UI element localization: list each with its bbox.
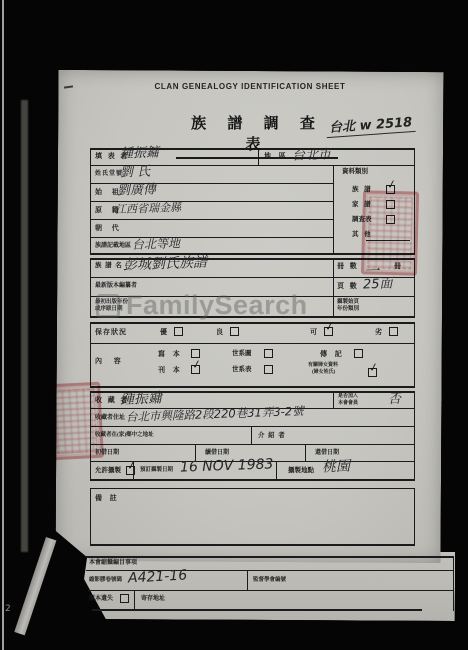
content-label: 內 容 — [95, 358, 126, 365]
condition-fair-label: 可 — [310, 329, 317, 336]
volumes-label: 冊 數 — [337, 263, 359, 270]
startpage-label-2: 年份類別 — [337, 307, 359, 313]
owner-value: 鍾振鏞 — [120, 391, 162, 406]
watermark-logo-icon — [96, 294, 120, 318]
lineage-table-checkbox — [264, 365, 273, 374]
filming-section-header: 本會縮攝編目事項 — [89, 560, 137, 566]
condition-fair-checkmark: ✓ — [324, 320, 334, 333]
grid-line — [90, 258, 91, 318]
filming-place-value: 桃園 — [322, 460, 350, 475]
grid-line — [92, 609, 422, 611]
red-seal-stamp-right — [361, 190, 419, 275]
lineage-chart-label: 世系圖 — [232, 351, 252, 358]
red-seal-stamp-pattern — [367, 196, 413, 269]
women-data-label-2: (婦女姓氏) — [312, 370, 335, 375]
women-data-label-1: 有關婦女資料 — [308, 363, 338, 368]
women-data-checkmark: ✓ — [368, 361, 378, 374]
grid-line — [333, 258, 334, 317]
condition-label: 保存狀況 — [95, 329, 127, 336]
scanned-document-stage: CLAN GENEALOGY IDENTIFICATION SHEET 族 譜 … — [0, 0, 468, 650]
condition-poor-label: 劣 — [375, 329, 382, 336]
pages-value: 25面 — [363, 277, 393, 291]
ancestor-value: 劉廣傳 — [117, 183, 156, 197]
condition-excellent-checkbox — [174, 327, 183, 336]
society-number-label: 監督學會編號 — [253, 578, 286, 584]
grid-line — [333, 391, 334, 409]
home-address-label: 收藏者在(家)鄉中之地址 — [95, 433, 154, 439]
condition-poor-checkbox — [389, 327, 398, 336]
grid-line — [251, 426, 252, 445]
condition-good-label: 良 — [216, 329, 223, 336]
watermark-text: FamilySearch — [126, 290, 308, 321]
watermark: FamilySearch — [96, 290, 308, 321]
startpage-label-1: 攝製始頁 — [337, 300, 359, 306]
lineage-table-label: 世系表 — [232, 367, 252, 374]
member-value: 否 — [388, 393, 401, 406]
grid-line — [134, 590, 135, 610]
grid-line — [333, 165, 334, 254]
grid-line — [90, 488, 91, 545]
member-label-2: 本會會員 — [338, 401, 358, 406]
region-label: 地 區 — [264, 153, 289, 160]
roll-number-value: A421-16 — [128, 568, 188, 585]
category-header: 資料類別 — [342, 169, 368, 176]
renew-date-label: 續借日期 — [205, 450, 229, 456]
grid-line — [86, 556, 454, 558]
printed-checkmark: ✓ — [191, 358, 201, 371]
deposit-address-label: 寄存地址 — [141, 596, 165, 602]
introducer-label: 介 紹 者 — [258, 433, 286, 440]
grid-line — [305, 444, 306, 462]
condition-excellent-label: 優 — [160, 329, 167, 336]
underlying-page-edge — [21, 100, 28, 552]
grid-line — [90, 488, 415, 489]
grid-line — [90, 322, 91, 388]
region-value: 台北市 — [292, 148, 331, 162]
clan-label: 姓氏堂號 — [95, 171, 123, 177]
grid-line — [414, 322, 415, 388]
grid-line — [90, 426, 415, 427]
grid-line — [90, 386, 415, 388]
corner-frame-number: 2 — [5, 604, 11, 614]
origin-value: 江西省瑞金縣 — [115, 202, 181, 215]
grid-line — [90, 322, 415, 324]
clan-value: 劉 氏 — [120, 165, 151, 179]
biography-label: 傳 記 — [320, 351, 345, 358]
grid-line — [90, 219, 333, 220]
permit-filming-label: 允許攝製 — [95, 468, 121, 475]
grid-line — [90, 343, 415, 344]
dynasty-label: 朝 代 — [95, 225, 123, 232]
book-name-label: 族 譜 名 — [95, 263, 123, 270]
compiler-label: 最新版本編纂者 — [95, 283, 137, 289]
grid-line — [90, 444, 415, 445]
grid-line — [453, 556, 454, 611]
grid-line — [247, 570, 248, 591]
grid-line — [414, 391, 415, 481]
record-area-value: 台北等地 — [132, 237, 180, 251]
grid-line — [90, 237, 333, 238]
book-name-value: 彭城劉氏族譜 — [123, 256, 207, 273]
remarks-label: 備 註 — [95, 495, 120, 502]
grid-line — [414, 488, 415, 545]
filler-value: 鍾振鏞 — [120, 146, 159, 160]
grid-line — [90, 148, 91, 255]
filming-date-value: 16 NOV 1983 — [180, 457, 274, 474]
grid-line — [90, 544, 415, 546]
red-seal-stamp-left — [47, 382, 104, 461]
filming-date-label: 預訂攝製日期 — [140, 468, 173, 474]
manuscript-label: 寫 本 — [158, 351, 183, 358]
biography-checkbox — [354, 349, 363, 358]
film-edge-line — [2, 0, 4, 650]
original-lost-label: 原本遺失 — [89, 596, 113, 602]
return-date-label: 還借日期 — [315, 450, 339, 456]
member-label-1: 是否加入 — [338, 394, 358, 399]
grid-line — [276, 461, 277, 480]
category-zupu-checkmark: ✓ — [386, 178, 396, 191]
red-seal-stamp-pattern — [53, 388, 97, 454]
grid-line — [88, 590, 454, 591]
roll-number-label: 縮影膠卷號碼 — [89, 578, 122, 584]
english-header: CLAN GENEALOGY IDENTIFICATION SHEET — [60, 82, 440, 91]
filming-place-label: 攝製地點 — [288, 468, 314, 475]
printed-label: 刊 本 — [158, 367, 183, 374]
pages-label: 頁 數 — [337, 283, 359, 290]
original-lost-checkbox — [120, 594, 129, 603]
lineage-chart-checkbox — [264, 349, 273, 358]
record-area-label: 族譜記載地區 — [95, 243, 131, 249]
permit-filming-checkmark: ✓ — [126, 459, 136, 472]
condition-good-checkbox — [230, 327, 239, 336]
grid-line — [90, 479, 415, 481]
